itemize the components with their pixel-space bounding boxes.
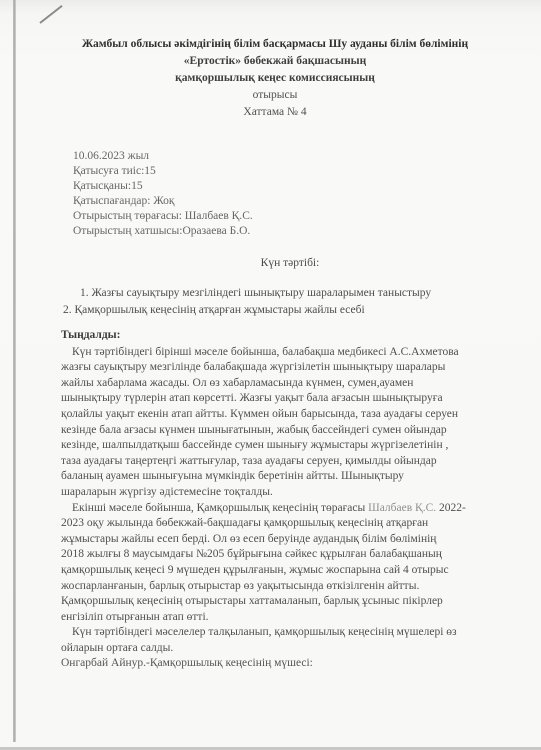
text-line: ойларын ортаға салды. xyxy=(61,641,512,657)
text-line: 2018 жылғы 8 маусымдағы №205 бұйрығына с… xyxy=(61,547,512,563)
text-line: баланың ауамен шынығуына мүмкіндік берет… xyxy=(61,469,512,485)
text-line: шараларын жүргізу әдістемесіне тоқталды. xyxy=(61,485,512,501)
agenda-title: Күн тәртібі: xyxy=(60,257,520,269)
meeting-details: 10.06.2023 жыл Қатысуға тиіс:15 Қатысқан… xyxy=(73,149,253,239)
header-protocol-number: Хаттама № 4 xyxy=(40,104,510,121)
text-line: Қамқоршылық кеңесінің отырыстары хаттама… xyxy=(61,594,512,610)
document-header: Жамбыл облысы әкімдігінің білім басқарма… xyxy=(40,36,510,121)
header-kindergarten: «Ертостік» бөбекжай бақшасының xyxy=(40,53,510,70)
text-line: Екінші мәселе бойынша, Қамқоршылық кеңес… xyxy=(61,501,512,517)
text-line: Күн тәртібіндегі мәселелер талқыланып, қ… xyxy=(61,625,512,641)
text-line: шынықтыру түрлерін атап көрсетті. Жазғы … xyxy=(61,391,512,407)
text-line: кезінде, шалпылдатқыш бассейнде сумен шы… xyxy=(61,438,512,454)
chairman-name: Шалбаев Қ.С. xyxy=(368,502,436,514)
speaker-line: Онгарбай Айнур.-Қамқоршылық кеңесінің мү… xyxy=(61,656,512,672)
text-line: кезінде бала ағзасы күнмен шынығатынын, … xyxy=(61,423,512,439)
text-line: енгізіліп отырғанын атап өтті. xyxy=(61,610,512,626)
header-organization: Жамбыл облысы әкімдігінің білім басқарма… xyxy=(40,36,510,53)
paragraph-first-item: Күн тәртібіндегі бірінші мәселе бойынша,… xyxy=(61,345,512,501)
text-line: таза ауадағы таңертеңгі жаттығулар, таза… xyxy=(61,454,512,470)
agenda-item: 1. Жазғы сауықтыру мезгіліндегі шынықтыр… xyxy=(60,285,530,302)
text-segment: 2022- xyxy=(436,502,466,514)
meeting-chairman: Отырыстың төрағасы: Шалбаев Қ.С. xyxy=(73,209,253,224)
text-line: қолайлы уақыт екенін атап айтты. Күммен … xyxy=(61,407,512,423)
text-segment: Екінші мәселе бойынша, Қамқоршылық кеңес… xyxy=(72,502,368,514)
header-meeting: отырысы xyxy=(40,87,510,104)
attended-count: Қатысқаны:15 xyxy=(73,179,253,194)
text-line: жазғы сауықтыру мезгілінде балабақшада ж… xyxy=(61,360,512,376)
text-line: Күн тәртібіндегі бірінші мәселе бойынша,… xyxy=(61,345,512,361)
should-attend-count: Қатысуға тиіс:15 xyxy=(73,164,253,179)
agenda-item: 2. Қамқоршылық кеңесінің атқарған жұмыст… xyxy=(60,302,530,319)
scanned-document-page: Жамбыл облысы әкімдігінің білім басқарма… xyxy=(0,0,541,750)
paragraph-second-item: Екінші мәселе бойынша, Қамқоршылық кеңес… xyxy=(61,501,512,626)
minutes-body: Тыңдалды: Күн тәртібіндегі бірінші мәсел… xyxy=(72,328,512,672)
text-line: жұмыстары жайлы есеп берді. Ол өз есеп б… xyxy=(61,532,512,548)
agenda-list: 1. Жазғы сауықтыру мезгіліндегі шынықтыр… xyxy=(60,285,530,319)
meeting-secretary: Отырыстың хатшысы:Оразаева Б.О. xyxy=(73,224,253,239)
page-binding-edge xyxy=(13,0,16,742)
absent-count: Қатыспағандар: Жоқ xyxy=(73,194,253,209)
header-council: қамқоршылық кеңес комиссиясының xyxy=(40,70,510,87)
text-line: жоспарланғанын, барлық отырыстар өз уақы… xyxy=(61,579,512,595)
paragraph-discussion: Күн тәртібіндегі мәселелер талқыланып, қ… xyxy=(61,625,512,656)
pen-mark xyxy=(39,5,62,24)
heard-label: Тыңдалды: xyxy=(61,328,512,344)
text-line: 2023 оқу жылында бөбекжай-бақшадағы қамқ… xyxy=(61,516,512,532)
text-line: жайлы хабарлама жасады. Ол өз хабарламас… xyxy=(61,376,512,392)
meeting-date: 10.06.2023 жыл xyxy=(73,149,253,164)
text-line: қамқоршылық кеңесі 9 мүшеден құрылғанын,… xyxy=(61,563,512,579)
